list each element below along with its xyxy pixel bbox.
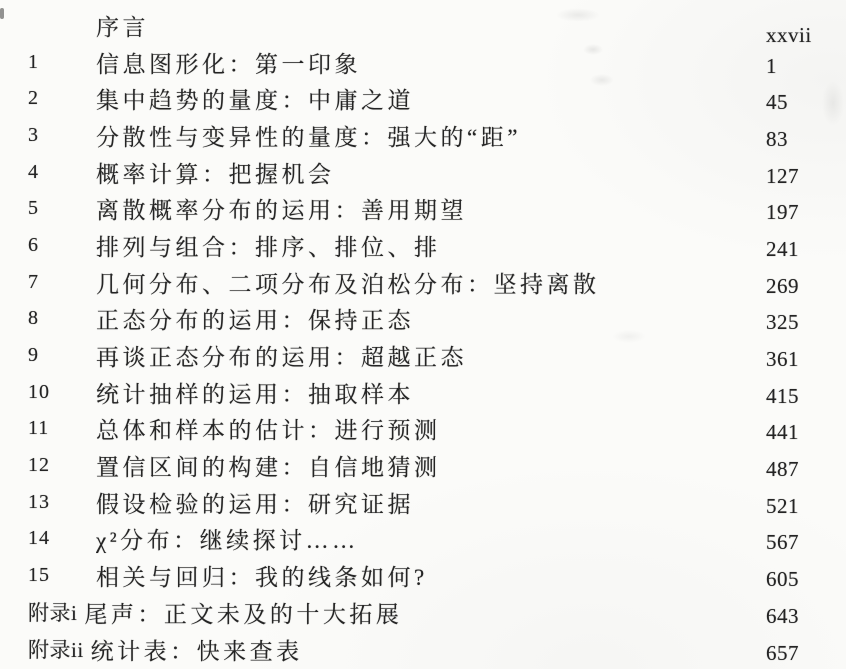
toc-row: 12 置信区间的构建：自信地猜测 487 (0, 447, 846, 484)
chapter-number: 15 (0, 564, 96, 587)
chapter-title: 假设检验的运用：研究证据 (96, 486, 766, 519)
chapter-title: 序言 (96, 9, 766, 42)
chapter-number: 13 (0, 491, 96, 514)
chapter-title: 信息图形化：第一印象 (96, 46, 766, 79)
toc-row: 2 集中趋势的量度：中庸之道 45 (0, 80, 846, 117)
page-number: 269 (766, 274, 846, 299)
chapter-number: 9 (0, 344, 96, 367)
page-number: 521 (766, 494, 846, 519)
chapter-number: 2 (0, 87, 96, 110)
chapter-number: 12 (0, 454, 96, 477)
chapter-title: χ²分布：继续探讨…… (96, 522, 766, 555)
page-number: 415 (766, 384, 846, 409)
chapter-number: 附录i (0, 597, 84, 627)
chapter-title: 总体和样本的估计：进行预测 (96, 412, 766, 445)
chapter-title: 概率计算：把握机会 (96, 156, 766, 189)
chapter-number: 14 (0, 527, 96, 550)
chapter-title: 再谈正态分布的运用：超越正态 (96, 339, 766, 372)
table-of-contents: 序言 xxvii 1 信息图形化：第一印象 1 2 集中趋势的量度：中庸之道 4… (0, 7, 846, 667)
page-number: 197 (766, 200, 846, 225)
page-number: 657 (766, 641, 846, 666)
chapter-number: 11 (0, 417, 96, 440)
page-number: 605 (766, 567, 846, 592)
toc-row: 8 正态分布的运用：保持正态 325 (0, 301, 846, 338)
page-number: 643 (766, 604, 846, 629)
chapter-title: 相关与回归：我的线条如何? (96, 559, 766, 592)
page-number: 45 (766, 90, 846, 115)
chapter-number: 8 (0, 307, 96, 330)
chapter-number: 3 (0, 124, 96, 147)
page-number: 1 (766, 54, 846, 79)
toc-row: 14 χ²分布：继续探讨…… 567 (0, 521, 846, 558)
chapter-title: 几何分布、二项分布及泊松分布：坚持离散 (96, 266, 766, 299)
toc-row: 11 总体和样本的估计：进行预测 441 (0, 411, 846, 448)
chapter-title: 正态分布的运用：保持正态 (96, 302, 766, 335)
toc-row: 1 信息图形化：第一印象 1 (0, 44, 846, 81)
toc-row: 9 再谈正态分布的运用：超越正态 361 (0, 337, 846, 374)
chapter-title: 排列与组合：排序、排位、排 (96, 229, 766, 262)
page-number: 83 (766, 127, 846, 152)
toc-row: 序言 xxvii (0, 7, 846, 44)
chapter-number: 1 (0, 51, 96, 74)
page-number: 441 (766, 420, 846, 445)
chapter-title: 分散性与变异性的量度：强大的“距” (96, 119, 766, 152)
page-number: 241 (766, 237, 846, 262)
chapter-number: 5 (0, 197, 96, 220)
toc-row: 15 相关与回归：我的线条如何? 605 (0, 557, 846, 594)
chapter-title: 尾声：正文未及的十大拓展 (84, 596, 766, 629)
page-number: 567 (766, 530, 846, 555)
toc-row: 5 离散概率分布的运用：善用期望 197 (0, 190, 846, 227)
toc-row: 6 排列与组合：排序、排位、排 241 (0, 227, 846, 264)
chapter-title: 集中趋势的量度：中庸之道 (96, 82, 766, 115)
toc-row: 13 假设检验的运用：研究证据 521 (0, 484, 846, 521)
page-number: xxvii (766, 23, 846, 48)
page-number: 127 (766, 164, 846, 189)
chapter-number: 7 (0, 271, 96, 294)
chapter-number: 附录ii (0, 634, 91, 664)
page-number: 361 (766, 347, 846, 372)
chapter-number: 6 (0, 234, 96, 257)
toc-row: 附录ii 统计表：快来查表 657 (0, 631, 846, 668)
toc-row: 10 统计抽样的运用：抽取样本 415 (0, 374, 846, 411)
chapter-number: 4 (0, 161, 96, 184)
page-number: 325 (766, 310, 846, 335)
page-number: 487 (766, 457, 846, 482)
toc-row: 附录i 尾声：正文未及的十大拓展 643 (0, 594, 846, 631)
toc-row: 4 概率计算：把握机会 127 (0, 154, 846, 191)
chapter-title: 置信区间的构建：自信地猜测 (96, 449, 766, 482)
chapter-number: 10 (0, 381, 96, 404)
chapter-title: 统计抽样的运用：抽取样本 (96, 376, 766, 409)
toc-row: 3 分散性与变异性的量度：强大的“距” 83 (0, 117, 846, 154)
toc-row: 7 几何分布、二项分布及泊松分布：坚持离散 269 (0, 264, 846, 301)
chapter-title: 离散概率分布的运用：善用期望 (96, 192, 766, 225)
scanned-page: 序言 xxvii 1 信息图形化：第一印象 1 2 集中趋势的量度：中庸之道 4… (0, 0, 846, 669)
chapter-title: 统计表：快来查表 (91, 633, 766, 666)
